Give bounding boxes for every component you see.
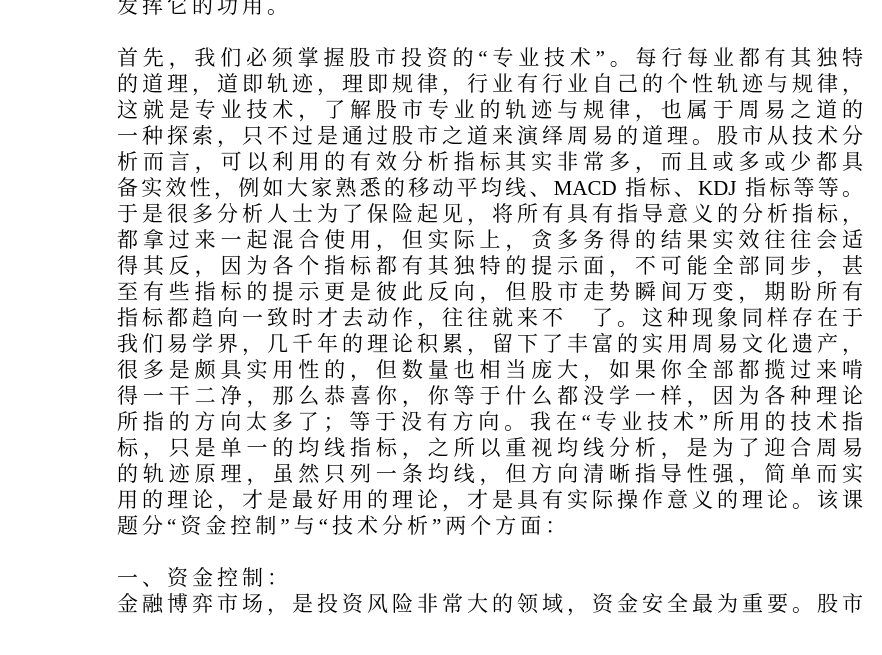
text-line: 至有些指标的提示更是彼此反向，但股市走势瞬间万变，期盼所有 (117, 279, 863, 305)
text-line: 发挥它的功用。 (117, 0, 863, 19)
text-line: 这就是专业技术，了解股市专业的轨迹与规律，也属于周易之道的 (117, 97, 863, 123)
blank-line (117, 539, 863, 565)
section-heading: 一、资金控制： (117, 565, 863, 591)
text-line: 标，只是单一的均线指标，之所以重视均线分析，是为了迎合周易 (117, 435, 863, 461)
text-line: 用的理论，才是最好用的理论，才是具有实际操作意义的理论。该课 (117, 487, 863, 513)
text-line: 于是很多分析人士为了保险起见，将所有具有指导意义的分析指标， (117, 201, 863, 227)
text-line: 首先，我们必须掌握股市投资的“专业技术”。每行每业都有其独特 (117, 45, 863, 71)
text-line: 我们易学界，几千年的理论积累，留下了丰富的实用周易文化遗产， (117, 331, 863, 357)
text-line: 都拿过来一起混合使用，但实际上，贪多务得的结果实效往往会适 (117, 227, 863, 253)
text-line: 很多是颇具实用性的，但数量也相当庞大，如果你全部都揽过来啃 (117, 357, 863, 383)
text-line: 的轨迹原理，虽然只列一条均线，但方向清晰指导性强，简单而实 (117, 461, 863, 487)
text-line: 题分“资金控制”与“技术分析”两个方面： (117, 513, 863, 539)
text-line: 得其反，因为各个指标都有其独特的提示面，不可能全部同步，甚 (117, 253, 863, 279)
text-line: 金融博弈市场，是投资风险非常大的领域，资金安全最为重要。股市 (117, 591, 863, 617)
text-line: 所指的方向太多了；等于没有方向。我在“专业技术”所用的技术指 (117, 409, 863, 435)
blank-line (117, 19, 863, 45)
document-page: 发挥它的功用。 首先，我们必须掌握股市投资的“专业技术”。每行每业都有其独特 的… (117, 0, 863, 617)
text-line: 备实效性，例如大家熟悉的移动平均线、MACD 指标、KDJ 指标等等。 (117, 175, 863, 201)
text-line: 得一干二净，那么恭喜你，你等于什么都没学一样，因为各种理论 (117, 383, 863, 409)
text-line: 一种探索，只不过是通过股市之道来演绎周易的道理。股市从技术分 (117, 123, 863, 149)
text-line: 指标都趋向一致时才去动作，往往就来不 了。这种现象同样存在于 (117, 305, 863, 331)
text-line: 析而言，可以利用的有效分析指标其实非常多，而且或多或少都具 (117, 149, 863, 175)
text-line: 的道理，道即轨迹，理即规律，行业有行业自己的个性轨迹与规律， (117, 71, 863, 97)
